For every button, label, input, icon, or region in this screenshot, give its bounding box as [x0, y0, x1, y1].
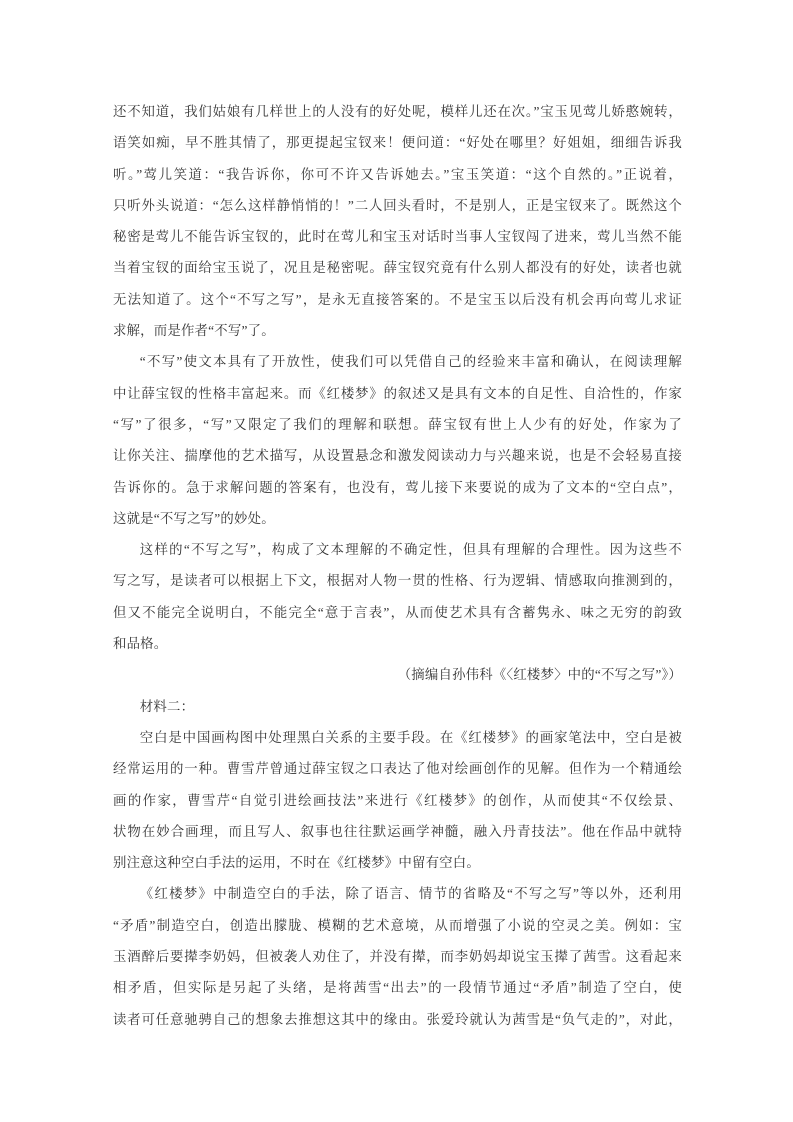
text-line: 画的作家，曹雪芹“自觉引进绘画技法”来进行《红楼梦》的创作，从而使其“不仅绘景、: [113, 785, 682, 816]
material-one-paragraph-3: 这样的“不写之写”，构成了文本理解的不确定性，但具有理解的合理性。因为这些不 写…: [113, 534, 682, 659]
text-line: 别注意这种空白手法的运用，不时在《红楼梦》中留有空白。: [113, 847, 682, 878]
text-line: 读者可任意驰骋自己的想象去推想这其中的缘由。张爱玲就认为茜雪是“负气走的”，对此…: [113, 1004, 682, 1035]
text-line: 玉酒醉后要撵李奶妈，但被袭人劝住了，并没有撵，而李奶妈却说宝玉撵了茜雪。这看起来: [113, 941, 682, 972]
material-two-paragraph-1: 空白是中国画构图中处理黑白关系的主要手段。在《红楼梦》的画家笔法中，空白是被 经…: [113, 722, 682, 878]
text-line: 相矛盾，但实际是另起了头绪，是将茜雪“出去”的一段情节通过“矛盾”制造了空白，使: [113, 972, 682, 1003]
text-line: 求解，而是作者“不写”了。: [113, 315, 682, 346]
text-line: 这样的“不写之写”，构成了文本理解的不确定性，但具有理解的合理性。因为这些不: [113, 534, 682, 565]
section-heading: 材料二：: [113, 691, 682, 722]
text-line: “不写”使文本具有了开放性，使我们可以凭借自己的经验来丰富和确认，在阅读理解: [113, 346, 682, 377]
text-line: 无法知道了。这个“不写之写”，是永无直接答案的。不是宝玉以后没有机会再向莺儿求证: [113, 284, 682, 315]
text-line: 当着宝钗的面给宝玉说了，况且是秘密呢。薛宝钗究竟有什么别人都没有的好处，读者也就: [113, 252, 682, 283]
material-one-attribution: （摘编自孙伟科《〈红楼梦〉中的“不写之写”》）: [113, 659, 682, 690]
text-line: 《红楼梦》中制造空白的手法，除了语言、情节的省略及“不写之写”等以外，还利用: [113, 878, 682, 909]
reading-passage: 还不知道，我们姑娘有几样世上的人没有的好处呢，模样儿还在次。”宝玉见莺儿娇憨婉转…: [113, 96, 682, 1035]
material-two-paragraph-2: 《红楼梦》中制造空白的手法，除了语言、情节的省略及“不写之写”等以外，还利用 “…: [113, 878, 682, 1034]
attribution-line: （摘编自孙伟科《〈红楼梦〉中的“不写之写”》）: [113, 659, 682, 690]
text-line: “写”了很多，“写”又限定了我们的理解和联想。薛宝钗有世上人少有的好处，作家为了: [113, 409, 682, 440]
text-line: 空白是中国画构图中处理黑白关系的主要手段。在《红楼梦》的画家笔法中，空白是被: [113, 722, 682, 753]
text-line: “矛盾”制造空白，创造出朦胧、模糊的艺术意境，从而增强了小说的空灵之美。例如：宝: [113, 910, 682, 941]
text-line: 让你关注、揣摩他的艺术描写，从设置悬念和激发阅读动力与兴趣来说，也是不会轻易直接: [113, 440, 682, 471]
material-two-heading: 材料二：: [113, 691, 682, 722]
text-line: 但又不能完全说明白，不能完全“意于言表”，从而使艺术具有含蓄隽永、味之无穷的韵致: [113, 597, 682, 628]
text-line: 语笑如痴，早不胜其情了，那更提起宝钗来！便问道：“好处在哪里？好姐姐，细细告诉我: [113, 127, 682, 158]
text-line: 还不知道，我们姑娘有几样世上的人没有的好处呢，模样儿还在次。”宝玉见莺儿娇憨婉转…: [113, 96, 682, 127]
text-line: 告诉你的。急于求解问题的答案有，也没有，莺儿接下来要说的成为了文本的“空白点”，: [113, 472, 682, 503]
text-line: 经常运用的一种。曹雪芹曾通过薛宝钗之口表达了他对绘画创作的见解。但作为一个精通绘: [113, 753, 682, 784]
material-one-paragraph-2: “不写”使文本具有了开放性，使我们可以凭借自己的经验来丰富和确认，在阅读理解 中…: [113, 346, 682, 534]
material-one-paragraph-1: 还不知道，我们姑娘有几样世上的人没有的好处呢，模样儿还在次。”宝玉见莺儿娇憨婉转…: [113, 96, 682, 346]
text-line: 这就是“不写之写”的妙处。: [113, 503, 682, 534]
text-line: 听。”莺儿笑道：“我告诉你，你可不许又告诉她去。”宝玉笑道：“这个自然的。”正说…: [113, 159, 682, 190]
document-page: 还不知道，我们姑娘有几样世上的人没有的好处呢，模样儿还在次。”宝玉见莺儿娇憨婉转…: [0, 0, 793, 1122]
text-line: 和品格。: [113, 628, 682, 659]
text-line: 只听外头说道：“怎么这样静悄悄的！”二人回头看时，不是别人，正是宝钗来了。既然这…: [113, 190, 682, 221]
text-line: 秘密是莺儿不能告诉宝钗的，此时在莺儿和宝玉对话时当事人宝钗闯了进来，莺儿当然不能: [113, 221, 682, 252]
text-line: 状物在妙合画理，而且写人、叙事也往往默运画学神髓，融入丹青技法”。他在作品中就特: [113, 816, 682, 847]
text-line: 写之写，是读者可以根据上下文，根据对人物一贯的性格、行为逻辑、情感取向推测到的，: [113, 565, 682, 596]
text-line: 中让薛宝钗的性格丰富起来。而《红楼梦》的叙述又是具有文本的自足性、自洽性的，作家: [113, 378, 682, 409]
